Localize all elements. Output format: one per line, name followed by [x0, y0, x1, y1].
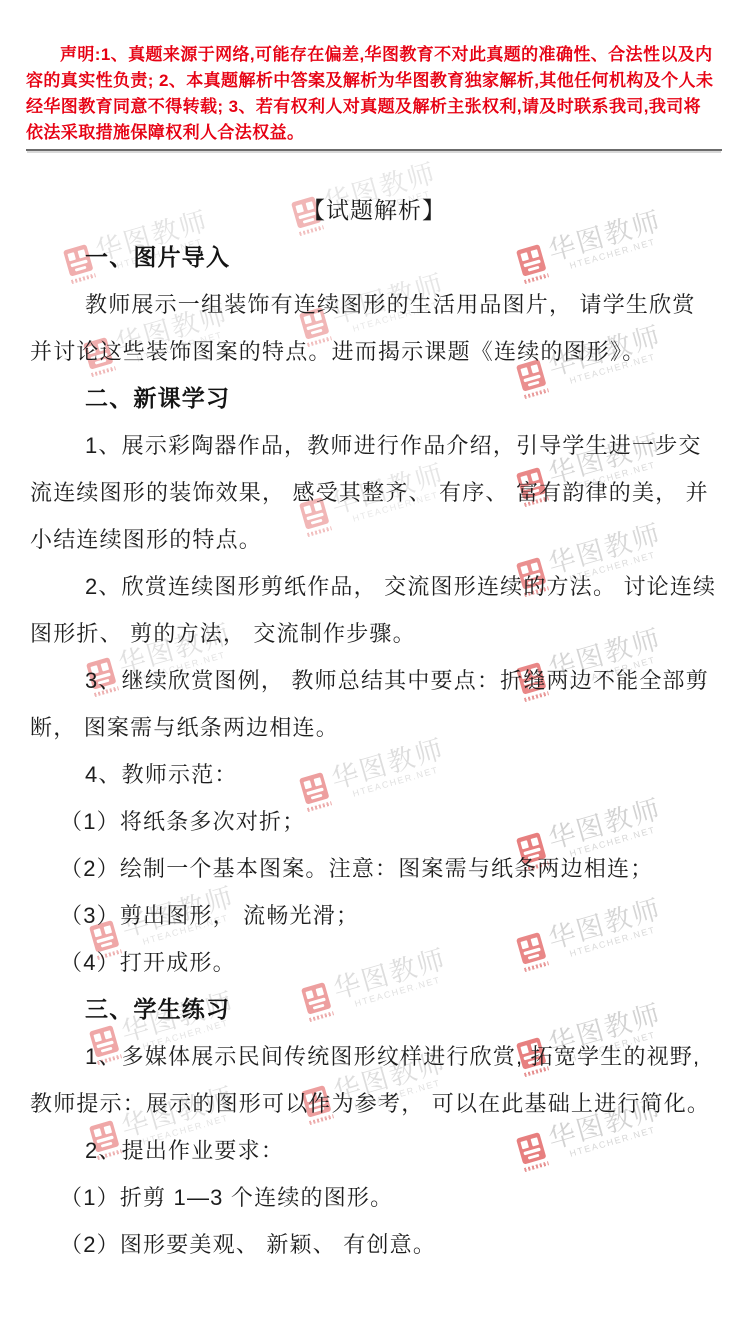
text-block: 3、继续欣赏图例， 教师总结其中要点：折缝两边不能全部剪断， 图案需与纸条两边相…	[30, 657, 724, 751]
text-line: 1、展示彩陶器作品，教师进行作品介绍，引导学生进一步交	[30, 422, 724, 469]
text-line: （1）折剪 1—3 个连续的图形。	[30, 1174, 724, 1221]
text-line: （3）剪出图形， 流畅光滑；	[30, 892, 724, 939]
text-line: 4、教师示范：	[30, 751, 724, 798]
text-line: 教师展示一组装饰有连续图形的生活用品图片， 请学生欣赏	[30, 281, 724, 328]
text-line: （2）绘制一个基本图案。注意：图案需与纸条两边相连；	[30, 845, 724, 892]
text-block: （2）图形要美观、 新颖、 有创意。	[30, 1221, 724, 1268]
text-line: 流连续图形的装饰效果， 感受其整齐、 有序、 富有韵律的美， 并	[30, 469, 724, 516]
text-line: 教师提示：展示的图形可以作为参考， 可以在此基础上进行简化。	[30, 1080, 724, 1127]
text-block: （3）剪出图形， 流畅光滑；	[30, 892, 724, 939]
document-page: 华图教师HTEACHER.NET华图教师HTEACHER.NET华图教师HTEA…	[0, 0, 748, 1335]
document-content: 声明:1、真题来源于网络,可能存在偏差,华图教育不对此真题的准确性、合法性以及内…	[0, 42, 748, 1268]
text-block: 4、教师示范：	[30, 751, 724, 798]
text-line: （4）打开成形。	[30, 939, 724, 986]
disclaimer: 声明:1、真题来源于网络,可能存在偏差,华图教育不对此真题的准确性、合法性以及内…	[26, 42, 722, 151]
section-heading: 一、图片导入	[30, 234, 724, 281]
disclaimer-line: 经华图教育同意不得转载; 3、若有权利人对真题及解析主张权利,请及时联系我司,我…	[26, 94, 722, 120]
text-block: （1）折剪 1—3 个连续的图形。	[30, 1174, 724, 1221]
text-line: 一、图片导入	[30, 234, 724, 281]
text-line: 3、继续欣赏图例， 教师总结其中要点：折缝两边不能全部剪	[30, 657, 724, 704]
text-line: 1、多媒体展示民间传统图形纹样进行欣赏, 拓宽学生的视野,	[30, 1033, 724, 1080]
text-line: 三、学生练习	[30, 986, 724, 1033]
text-line: 2、欣赏连续图形剪纸作品， 交流图形连续的方法。 讨论连续	[30, 563, 724, 610]
lesson-analysis-body: 一、图片导入教师展示一组装饰有连续图形的生活用品图片， 请学生欣赏并讨论这些装饰…	[0, 234, 748, 1268]
text-line: 二、新课学习	[30, 375, 724, 422]
disclaimer-line: 声明:1、真题来源于网络,可能存在偏差,华图教育不对此真题的准确性、合法性以及内	[26, 42, 722, 68]
text-line: （2）图形要美观、 新颖、 有创意。	[30, 1221, 724, 1268]
text-line: 2、提出作业要求：	[30, 1127, 724, 1174]
text-line: （1）将纸条多次对折；	[30, 798, 724, 845]
text-block: 2、提出作业要求：	[30, 1127, 724, 1174]
text-line: 小结连续图形的特点。	[30, 516, 724, 563]
text-block: 教师展示一组装饰有连续图形的生活用品图片， 请学生欣赏并讨论这些装饰图案的特点。…	[30, 281, 724, 375]
page-title: 【试题解析】	[0, 187, 748, 234]
text-block: （1）将纸条多次对折；	[30, 798, 724, 845]
disclaimer-line: 依法采取措施保障权利人合法权益。	[26, 120, 722, 146]
text-block: 1、展示彩陶器作品，教师进行作品介绍，引导学生进一步交流连续图形的装饰效果， 感…	[30, 422, 724, 563]
disclaimer-line: 容的真实性负责; 2、本真题解析中答案及解析为华图教育独家解析,其他任何机构及个…	[26, 68, 722, 94]
text-block: （4）打开成形。	[30, 939, 724, 986]
text-block: 2、欣赏连续图形剪纸作品， 交流图形连续的方法。 讨论连续图形折、 剪的方法， …	[30, 563, 724, 657]
text-block: （2）绘制一个基本图案。注意：图案需与纸条两边相连；	[30, 845, 724, 892]
text-line: 并讨论这些装饰图案的特点。进而揭示课题《连续的图形》。	[30, 328, 724, 375]
text-block: 1、多媒体展示民间传统图形纹样进行欣赏, 拓宽学生的视野,教师提示：展示的图形可…	[30, 1033, 724, 1127]
section-heading: 二、新课学习	[30, 375, 724, 422]
text-line: 断， 图案需与纸条两边相连。	[30, 704, 724, 751]
section-heading: 三、学生练习	[30, 986, 724, 1033]
text-line: 图形折、 剪的方法， 交流制作步骤。	[30, 610, 724, 657]
